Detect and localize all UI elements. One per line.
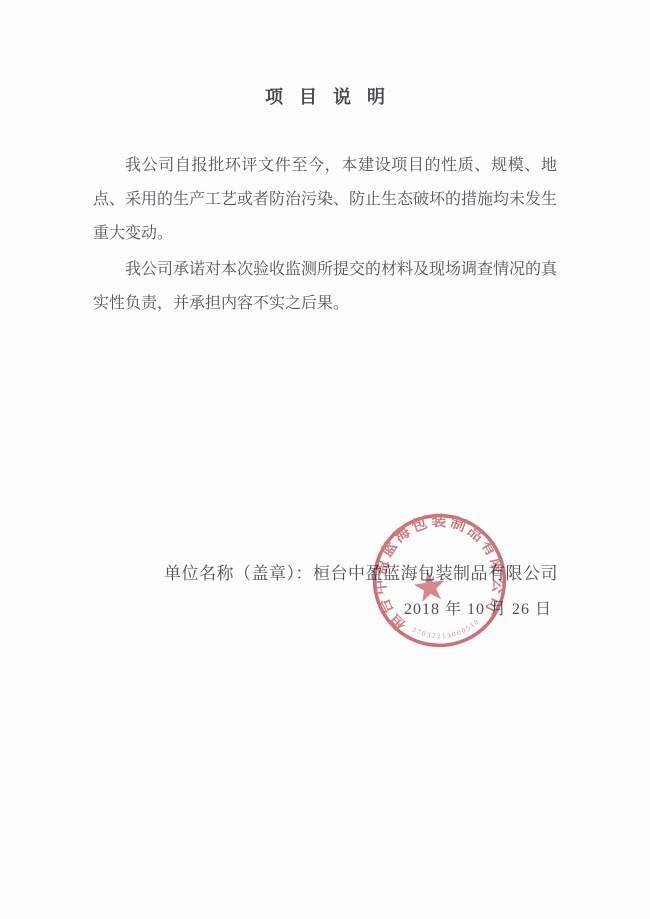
page-title: 项目说明 [0, 83, 650, 109]
company-name: 桓台中盈蓝海包装制品有限公司 [313, 564, 558, 583]
seal-serial-text: 37032213000510 [410, 616, 483, 644]
paragraph-1: 我公司自报批环评文件至今，本建设项目的性质、规模、地点、采用的生产工艺或者防治污… [93, 149, 557, 251]
body-text: 我公司自报批环评文件至今，本建设项目的性质、规模、地点、采用的生产工艺或者防治污… [93, 149, 557, 321]
paragraph-2: 我公司承诺对本次验收监测所提交的材料及现场调查情况的真实性负责，并承担内容不实之… [93, 253, 557, 321]
signature-line: 单位名称（盖章）：桓台中盈蓝海包装制品有限公司 [164, 559, 558, 584]
unit-name-label: 单位名称（盖章）： [164, 564, 313, 583]
seal-serial: 37032213000510 [410, 616, 483, 644]
document-page: 项目说明 我公司自报批环评文件至今，本建设项目的性质、规模、地点、采用的生产工艺… [0, 0, 650, 919]
signature-date: 2018 年 10 月 26 日 [404, 596, 552, 619]
